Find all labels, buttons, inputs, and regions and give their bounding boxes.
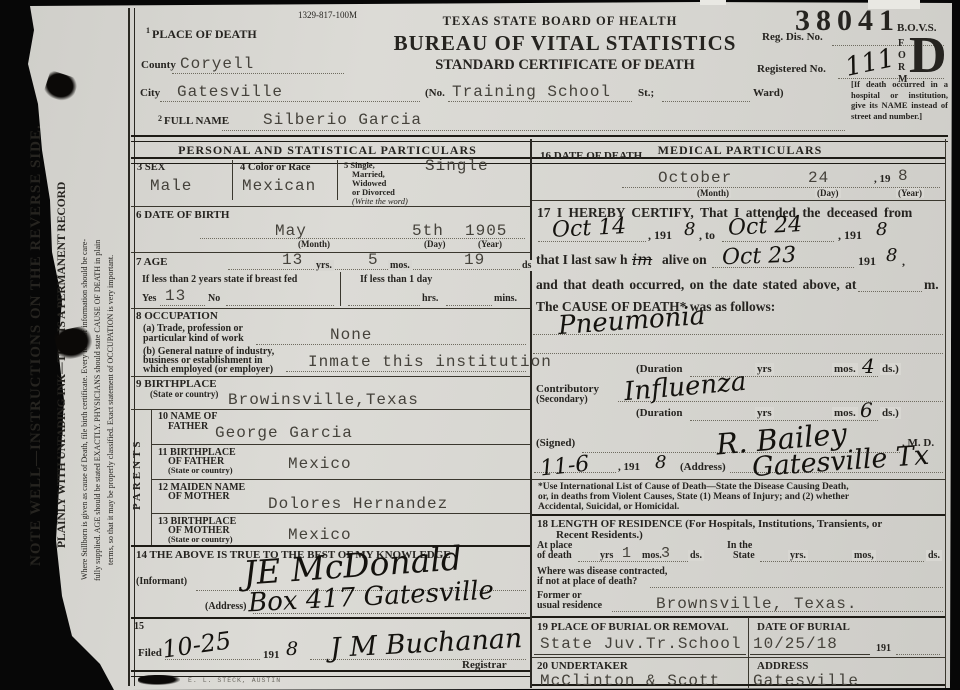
printer-imprint: E. L. STECK, AUSTIN: [188, 677, 281, 684]
item15-number: 15: [134, 621, 144, 632]
race-value: Mexican: [242, 177, 316, 195]
month-caption: (Month): [695, 188, 731, 198]
sign-date-value: 11-6: [539, 451, 591, 481]
margin-note-reverse-side: NOTE WELL—INSTRUCTIONS ON THE REVERSE SI…: [28, 60, 45, 630]
filed-label: Filed: [138, 647, 162, 659]
margin-instruction-line: Where Stillborn is given as cause of Dea…: [80, 160, 89, 660]
year-caption: (Year): [478, 239, 502, 249]
duration-ds-label: ds.): [880, 363, 901, 375]
father-name-value: George Garcia: [215, 424, 353, 442]
father-birthplace-value: Mexico: [288, 455, 352, 473]
informant-label: (Informant): [136, 576, 187, 587]
last-saw-struck-word: im: [632, 250, 652, 269]
hour-blank: [858, 290, 922, 292]
filed-year-value: 8: [286, 638, 298, 660]
age-months-value: 5: [368, 251, 379, 269]
footnote-line-1: *Use International List of Cause of Deat…: [538, 482, 849, 492]
state-ds-label: ds.: [926, 550, 942, 561]
footnote-line-2: or, in deaths from Violent Causes, State…: [538, 492, 849, 502]
at-place-label-2: of death: [537, 550, 572, 561]
burial-year-preprint: 191: [876, 643, 891, 654]
mother-name-value: Dolores Hernandez: [268, 495, 448, 513]
street-value: Training School: [452, 83, 611, 101]
no-blank: [226, 304, 334, 306]
footnote-line-3: Accidental, Suicidal, or Homicidal.: [538, 502, 679, 512]
dob-year-value: 1905: [465, 222, 507, 240]
filed-year-preprint: 191: [263, 649, 280, 661]
death-occurred-line: and that death occurred, on the date sta…: [536, 277, 856, 293]
item2-number: 2: [158, 114, 162, 123]
form-letter-d: D: [909, 26, 947, 85]
year-caption: (Year): [896, 188, 924, 198]
undertaker-address-value: Gatesville: [753, 672, 859, 690]
to-label: , to: [699, 228, 715, 243]
former-residence-value: Brownsville, Texas.: [656, 595, 857, 613]
row-rule: [131, 205, 530, 207]
cause-blank-2: [533, 352, 943, 354]
duration-label: (Duration: [636, 407, 682, 419]
res-months-value: 1: [622, 545, 632, 562]
state-yrs-label: yrs.: [788, 550, 808, 561]
st-label: St.;: [638, 87, 654, 99]
form-left-border: [128, 8, 135, 686]
column-divider: [530, 139, 532, 688]
place-of-death-label: PLACE OF DEATH: [152, 27, 257, 42]
father-name-label-2: FATHER: [168, 421, 208, 432]
mother-birthplace-value: Mexico: [288, 526, 352, 544]
margin-instruction-line: fully supplied. AGE should be stated EXA…: [93, 160, 102, 660]
less-than-day-label: If less than 1 day: [360, 274, 432, 285]
sex-value: Male: [150, 177, 192, 195]
contracted-label-2: if not at place of death?: [537, 576, 637, 587]
county-value: Coryell: [180, 55, 254, 73]
reg-dis-label: Reg. Dis. No.: [762, 31, 823, 43]
registered-no-label: Registered No.: [757, 63, 826, 75]
marital-value: Single: [425, 157, 489, 175]
birthplace-value: Browinsville,Texas: [228, 391, 419, 409]
breastfed-label: If less than 2 years state if breast fed: [142, 274, 297, 285]
physician-address-label: (Address): [680, 461, 726, 473]
residence-blank: [578, 560, 688, 562]
sign-year-preprint: , 191: [618, 461, 640, 473]
photo-of-death-certificate: NOTE WELL—INSTRUCTIONS ON THE REVERSE SI…: [0, 0, 960, 690]
former-residence-label-2: usual residence: [537, 600, 602, 611]
burial-place-blank: [534, 653, 746, 655]
dob-month-value: May: [275, 222, 307, 240]
last-saw-label: that I last saw h: [536, 252, 628, 268]
hrs-label: hrs.: [422, 293, 438, 304]
burial-place-value: State Juv.Tr.School: [540, 635, 741, 653]
mins-label: mins.: [494, 293, 517, 304]
row-rule: [131, 307, 530, 309]
county-label: County: [141, 59, 176, 71]
row-rule: [152, 478, 530, 480]
section-rule: [532, 514, 945, 516]
race-label: 4 Color or Race: [240, 162, 310, 173]
row-rule: [532, 478, 945, 480]
secondary-label: (Secondary): [536, 394, 588, 405]
yrs-label: yrs.: [314, 260, 334, 271]
month-caption: (Month): [298, 239, 330, 249]
city-label: City: [140, 87, 160, 99]
occupation-a-blank: [256, 343, 526, 345]
occupation-b-value: Inmate this institution: [308, 353, 552, 371]
mins-blank: [446, 304, 492, 306]
attended-from-value: Oct 14: [551, 214, 626, 243]
undertaker-address-label: ADDRESS: [757, 660, 808, 672]
state-residence-blank: [760, 560, 924, 562]
hrs-blank: [348, 304, 420, 306]
birthplace-sub-label: (State or country): [150, 389, 218, 399]
year-preprint: , 191: [648, 228, 672, 243]
printer-logo: [138, 675, 180, 685]
occupation-label: 8 OCCUPATION: [136, 310, 218, 322]
board-title: TEXAS STATE BOARD OF HEALTH: [405, 14, 715, 29]
duration-ds-label: ds.): [880, 407, 901, 419]
res-ds-label: ds.: [688, 550, 704, 561]
personal-particulars-heading: PERSONAL AND STATISTICAL PARTICULARS: [135, 143, 520, 158]
sex-label: 3 SEX: [137, 162, 165, 173]
occupation-a-label-2: particular kind of work: [143, 333, 244, 344]
year-preprint: 191: [858, 254, 876, 269]
age-label: 7 AGE: [136, 256, 167, 268]
mother-birthplace-label-3: (State or country): [168, 534, 233, 544]
undertaker-value: McClinton & Scott: [540, 672, 720, 690]
item1-number: 1: [146, 26, 150, 35]
comma: ,: [902, 254, 905, 269]
parents-gutter-divider: [151, 409, 152, 545]
signed-label: (Signed): [536, 437, 575, 449]
yes-value: 13: [165, 287, 186, 305]
to-year-value: 8: [876, 219, 887, 240]
no-label: No: [208, 293, 220, 304]
dod-month-value: October: [658, 169, 732, 187]
row-rule: [532, 656, 945, 658]
res-yrs-label: yrs: [598, 550, 615, 561]
city-value: Gatesville: [177, 83, 283, 101]
yes-label: Yes: [142, 293, 156, 304]
contracted-blank: [650, 586, 943, 588]
section-rule: [131, 617, 530, 619]
duration-yrs-label: yrs: [755, 363, 774, 375]
age-days-value: 19: [464, 251, 485, 269]
ward-blank: [662, 100, 750, 102]
ward-label: Ward): [753, 87, 784, 99]
day-caption: (Day): [815, 188, 841, 198]
from-year-value: 8: [684, 219, 695, 240]
certificate-subtitle: STANDARD CERTIFICATE OF DEATH: [390, 57, 740, 74]
age-years-value: 13: [282, 251, 303, 269]
parents-vertical-label: PARENTS: [131, 420, 143, 528]
row-rule: [152, 443, 530, 445]
left-bottom-rule: [131, 670, 530, 677]
sign-year-value: 8: [655, 452, 666, 473]
section-rule: [532, 616, 945, 618]
father-birthplace-label-3: (State or country): [168, 465, 233, 475]
alive-on-label: alive on: [662, 252, 707, 268]
full-name-blank: [222, 129, 845, 131]
burial-date-label: DATE OF BURIAL: [757, 621, 850, 633]
in-the-label-2: State: [733, 550, 755, 561]
attended-to-value: Oct 24: [727, 212, 802, 241]
duration-mos-label: mos.: [832, 363, 858, 375]
date-of-birth-label: 6 DATE OF BIRTH: [136, 209, 229, 221]
header-bottom-rule: [131, 135, 948, 142]
m-label: m.: [924, 277, 939, 293]
row-rule: [532, 199, 945, 201]
hospital-note: [If death occurred in a hospital or inst…: [851, 79, 948, 121]
burial-place-label: 19 PLACE OF BURIAL OR REMOVAL: [537, 621, 729, 633]
duration-yrs-label: yrs: [755, 407, 774, 419]
full-name-label: FULL NAME: [164, 115, 229, 127]
print-code: 1329-817-100M: [298, 10, 357, 20]
contrib-duration-days-value: 6: [860, 398, 873, 422]
informant-address-label: (Address): [205, 601, 246, 612]
occupation-b-label-3: which employed (or employer): [143, 364, 273, 375]
dod-day-value: 24: [808, 169, 829, 187]
last-saw-year-value: 8: [886, 245, 897, 266]
cell-divider: [232, 160, 233, 200]
burial-date-blank: [750, 653, 870, 655]
dod-year-preprint: , 19: [874, 173, 891, 185]
margin-instruction-line: terms, so that it may be properly classi…: [106, 160, 115, 660]
last-saw-date-value: Oct 23: [722, 243, 797, 271]
dob-day-value: 5th: [412, 222, 444, 240]
state-mos-label: mos,: [852, 550, 876, 561]
date-of-death-label: 16 DATE OF DEATH: [540, 150, 642, 162]
row-rule: [131, 375, 530, 377]
burial-date-value: 10/25/18: [753, 635, 838, 653]
bureau-title: BUREAU OF VITAL STATISTICS: [355, 31, 775, 56]
burial-year-blank: [896, 653, 940, 655]
paper-edge-tab: [700, 0, 726, 5]
cell-divider: [340, 272, 341, 306]
full-name-value: Silberio Garcia: [263, 111, 422, 129]
mos-label: mos.: [388, 260, 412, 271]
year-preprint: , 191: [838, 228, 862, 243]
mother-name-label-2: OF MOTHER: [168, 491, 230, 502]
marital-write-word: (Write the word): [352, 196, 408, 206]
cell-divider: [337, 160, 338, 200]
registrar-label: Registrar: [462, 659, 507, 671]
dod-year-value: 8: [898, 167, 909, 185]
ds-label: ds: [520, 260, 533, 271]
cell-divider: [748, 617, 749, 688]
occupation-a-value: None: [330, 326, 372, 344]
day-caption: (Day): [424, 239, 446, 249]
res-days-value: 3: [661, 545, 671, 562]
undertaker-label: 20 UNDERTAKER: [537, 660, 628, 672]
form-right-border: [945, 139, 946, 688]
margin-note-permanent-record: PLAINLY WITH UNFADING INK—THIS IS A PERM…: [56, 85, 68, 645]
cause-duration-days-value: 4: [862, 354, 875, 378]
street-no-label: (No.: [425, 87, 445, 99]
